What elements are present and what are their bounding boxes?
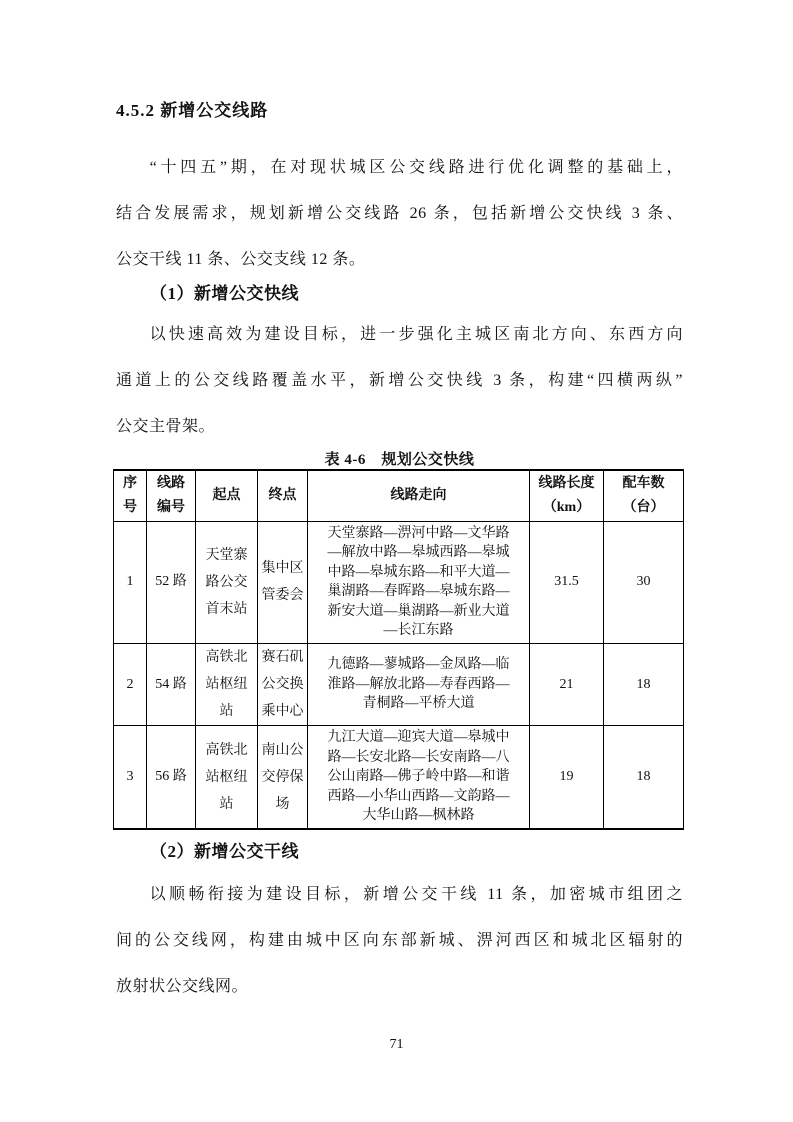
cell-line-no: 56 路 — [147, 726, 196, 829]
cell-end: 集中区管委会 — [258, 521, 308, 644]
table-caption: 表 4-6 规划公交快线 — [116, 451, 683, 469]
cell-length: 31.5 — [530, 521, 604, 644]
cell-line-no: 52 路 — [147, 521, 196, 644]
express-bus-lines-table: 序 号 线路 编号 起点 终点 线路走向 线路长度 （km） 配车数 （台） 1… — [113, 469, 684, 830]
page-content: 4.5.2 新增公交线路 “十四五”期，在对现状城区公交线路进行优化调整的基础上… — [116, 0, 683, 1010]
cell-start: 天堂寨路公交首末站 — [196, 521, 258, 644]
col-header-length: 线路长度 （km） — [530, 470, 604, 521]
subsection-1-paragraph: 以快速高效为建设目标，进一步强化主城区南北方向、东西方向通道上的公交线路覆盖水平… — [116, 312, 683, 450]
cell-start: 高铁北站枢纽站 — [196, 644, 258, 726]
cell-vehicles: 30 — [604, 521, 684, 644]
table-body: 152 路天堂寨路公交首末站集中区管委会天堂寨路—淠河中路—文华路—解放中路—皋… — [114, 521, 684, 829]
cell-line-no: 54 路 — [147, 644, 196, 726]
paragraph-line: 结合发展需求，规划新增公交线路 26 条，包括新增公交快线 3 条、 — [116, 191, 683, 237]
cell-end: 赛石矶公交换乘中心 — [258, 644, 308, 726]
cell-seq: 2 — [114, 644, 147, 726]
page-number: 71 — [0, 1036, 793, 1054]
cell-vehicles: 18 — [604, 644, 684, 726]
table-header-row: 序 号 线路 编号 起点 终点 线路走向 线路长度 （km） 配车数 （台） — [114, 470, 684, 521]
paragraph-line: 通道上的公交线路覆盖水平，新增公交快线 3 条，构建“四横两纵” — [116, 358, 683, 404]
col-header-seq: 序 号 — [114, 470, 147, 521]
col-header-vehicles: 配车数 （台） — [604, 470, 684, 521]
paragraph-line: “十四五”期，在对现状城区公交线路进行优化调整的基础上， — [116, 145, 683, 191]
cell-seq: 1 — [114, 521, 147, 644]
paragraph-line: 间的公交线网，构建由城中区向东部新城、淠河西区和城北区辐射的 — [116, 918, 683, 964]
paragraph-line: 以快速高效为建设目标，进一步强化主城区南北方向、东西方向 — [116, 312, 683, 358]
cell-length: 21 — [530, 644, 604, 726]
cell-route: 天堂寨路—淠河中路—文华路—解放中路—皋城西路—皋城中路—皋城东路—和平大道—巢… — [308, 521, 530, 644]
cell-start: 高铁北站枢纽站 — [196, 726, 258, 829]
cell-route: 九江大道—迎宾大道—皋城中路—长安北路—长安南路—八公山南路—佛子岭中路—和谐西… — [308, 726, 530, 829]
table-row: 356 路高铁北站枢纽站南山公交停保场九江大道—迎宾大道—皋城中路—长安北路—长… — [114, 726, 684, 829]
subsection-2-heading: （2）新增公交干线 — [116, 841, 683, 863]
paragraph-line: 公交主骨架。 — [116, 404, 683, 450]
cell-seq: 3 — [114, 726, 147, 829]
col-header-end: 终点 — [258, 470, 308, 521]
col-header-route: 线路走向 — [308, 470, 530, 521]
col-header-start: 起点 — [196, 470, 258, 521]
paragraph-line: 放射状公交线网。 — [116, 964, 683, 1010]
cell-length: 19 — [530, 726, 604, 829]
subsection-1-heading: （1）新增公交快线 — [116, 283, 683, 305]
paragraph-line: 以顺畅衔接为建设目标，新增公交干线 11 条，加密城市组团之 — [116, 872, 683, 918]
table-row: 152 路天堂寨路公交首末站集中区管委会天堂寨路—淠河中路—文华路—解放中路—皋… — [114, 521, 684, 644]
paragraph-line: 公交干线 11 条、公交支线 12 条。 — [116, 237, 683, 283]
cell-vehicles: 18 — [604, 726, 684, 829]
document-page: 4.5.2 新增公交线路 “十四五”期，在对现状城区公交线路进行优化调整的基础上… — [0, 0, 793, 1122]
intro-paragraph: “十四五”期，在对现状城区公交线路进行优化调整的基础上，结合发展需求，规划新增公… — [116, 145, 683, 283]
cell-route: 九德路—蓼城路—金凤路—临淮路—解放北路—寿春西路—青桐路—平桥大道 — [308, 644, 530, 726]
cell-end: 南山公交停保场 — [258, 726, 308, 829]
col-header-line-no: 线路 编号 — [147, 470, 196, 521]
section-heading: 4.5.2 新增公交线路 — [116, 100, 683, 122]
table-row: 254 路高铁北站枢纽站赛石矶公交换乘中心九德路—蓼城路—金凤路—临淮路—解放北… — [114, 644, 684, 726]
subsection-2-paragraph: 以顺畅衔接为建设目标，新增公交干线 11 条，加密城市组团之间的公交线网，构建由… — [116, 872, 683, 1010]
